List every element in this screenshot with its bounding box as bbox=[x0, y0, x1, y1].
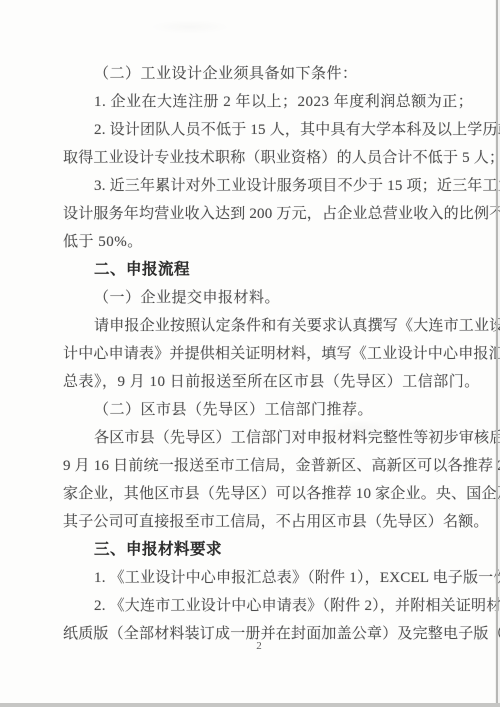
text-line: 取得工业设计专业技术职称（职业资格）的人员合计不低于 5 人； bbox=[63, 144, 463, 172]
document-body: （二）工业设计企业须具备如下条件：1. 企业在大连注册 2 年以上；2023 年… bbox=[63, 60, 463, 648]
text-line: （二）区市县（先导区）工信部门推荐。 bbox=[63, 396, 463, 424]
text-line: （二）工业设计企业须具备如下条件： bbox=[63, 60, 463, 88]
scan-edge-bottom bbox=[0, 703, 500, 707]
text-line: 1. 《工业设计中心申报汇总表》（附件 1），EXCEL 电子版一份。 bbox=[63, 564, 463, 592]
text-line: 各区市县（先导区）工信部门对申报材料完整性等初步审核后， bbox=[63, 424, 463, 452]
text-line: 3. 近三年累计对外工业设计服务项目不少于 15 项；近三年工业 bbox=[63, 172, 463, 200]
document-page: （二）工业设计企业须具备如下条件：1. 企业在大连注册 2 年以上；2023 年… bbox=[0, 0, 496, 703]
text-line: 低于 50%。 bbox=[63, 228, 463, 256]
text-line: 2. 设计团队人员不低于 15 人，其中具有大学本科及以上学历或 bbox=[63, 116, 463, 144]
text-line: 1. 企业在大连注册 2 年以上；2023 年度利润总额为正； bbox=[63, 88, 463, 116]
text-line: （一）企业提交申报材料。 bbox=[63, 284, 463, 312]
text-line: 2. 《大连市工业设计中心申请表》（附件 2），并附相关证明材料， bbox=[63, 592, 463, 620]
scan-edge-right bbox=[496, 0, 498, 707]
text-line: 设计服务年均营业收入达到 200 万元，占企业总营业收入的比例不 bbox=[63, 200, 463, 228]
text-line: 总表》，9 月 10 日前报送至所在区市县（先导区）工信部门。 bbox=[63, 368, 463, 396]
text-line: 家企业，其他区市县（先导区）可以各推荐 10 家企业。央、国企及 bbox=[63, 480, 463, 508]
text-line: 计中心申请表》并提供相关证明材料，填写《工业设计中心申报汇 bbox=[63, 340, 463, 368]
text-line: 9 月 16 日前统一报送至市工信局，金普新区、高新区可以各推荐 20 bbox=[63, 452, 463, 480]
page-number: 2 bbox=[63, 640, 455, 652]
section-heading: 三、申报材料要求 bbox=[63, 536, 463, 564]
text-line: 其子公司可直接报至市工信局，不占用区市县（先导区）名额。 bbox=[63, 508, 463, 536]
text-line: 请申报企业按照认定条件和有关要求认真撰写《大连市工业设 bbox=[63, 312, 463, 340]
section-heading: 二、申报流程 bbox=[63, 256, 463, 284]
